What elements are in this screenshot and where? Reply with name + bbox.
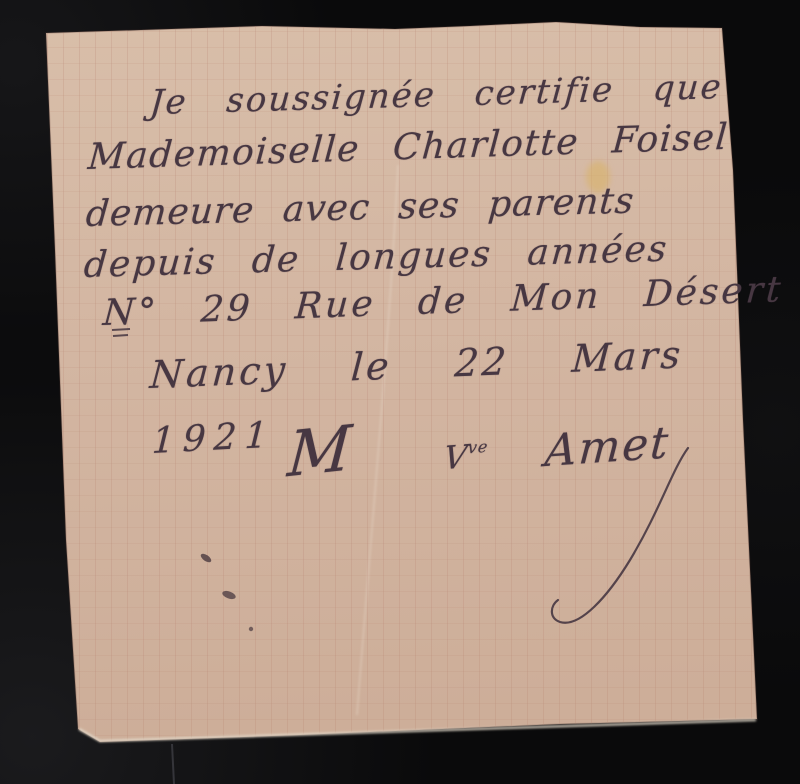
photograph-of-document: Je soussignée certifie que Mademoiselle … — [0, 0, 800, 784]
handwriting-line-year: 1921 — [151, 417, 276, 460]
signature-name: Amet — [543, 421, 671, 474]
handwriting-line-dateline: Nancy le 22 Mars — [149, 335, 685, 394]
signature-honorific: Vve — [442, 439, 489, 474]
signature-initial: M — [286, 417, 354, 486]
signature-honorific-letter: V — [442, 437, 469, 477]
signature-honorific-superscript: ve — [467, 437, 489, 458]
handwriting-line-3: demeure avec ses parents — [85, 184, 636, 233]
handwriting-line-1: Je soussignée certifie que — [149, 70, 724, 120]
handwriting-line-2: Mademoiselle Charlotte Foisel — [87, 120, 730, 176]
handwriting-layer: Je soussignée certifie que Mademoiselle … — [0, 0, 800, 784]
